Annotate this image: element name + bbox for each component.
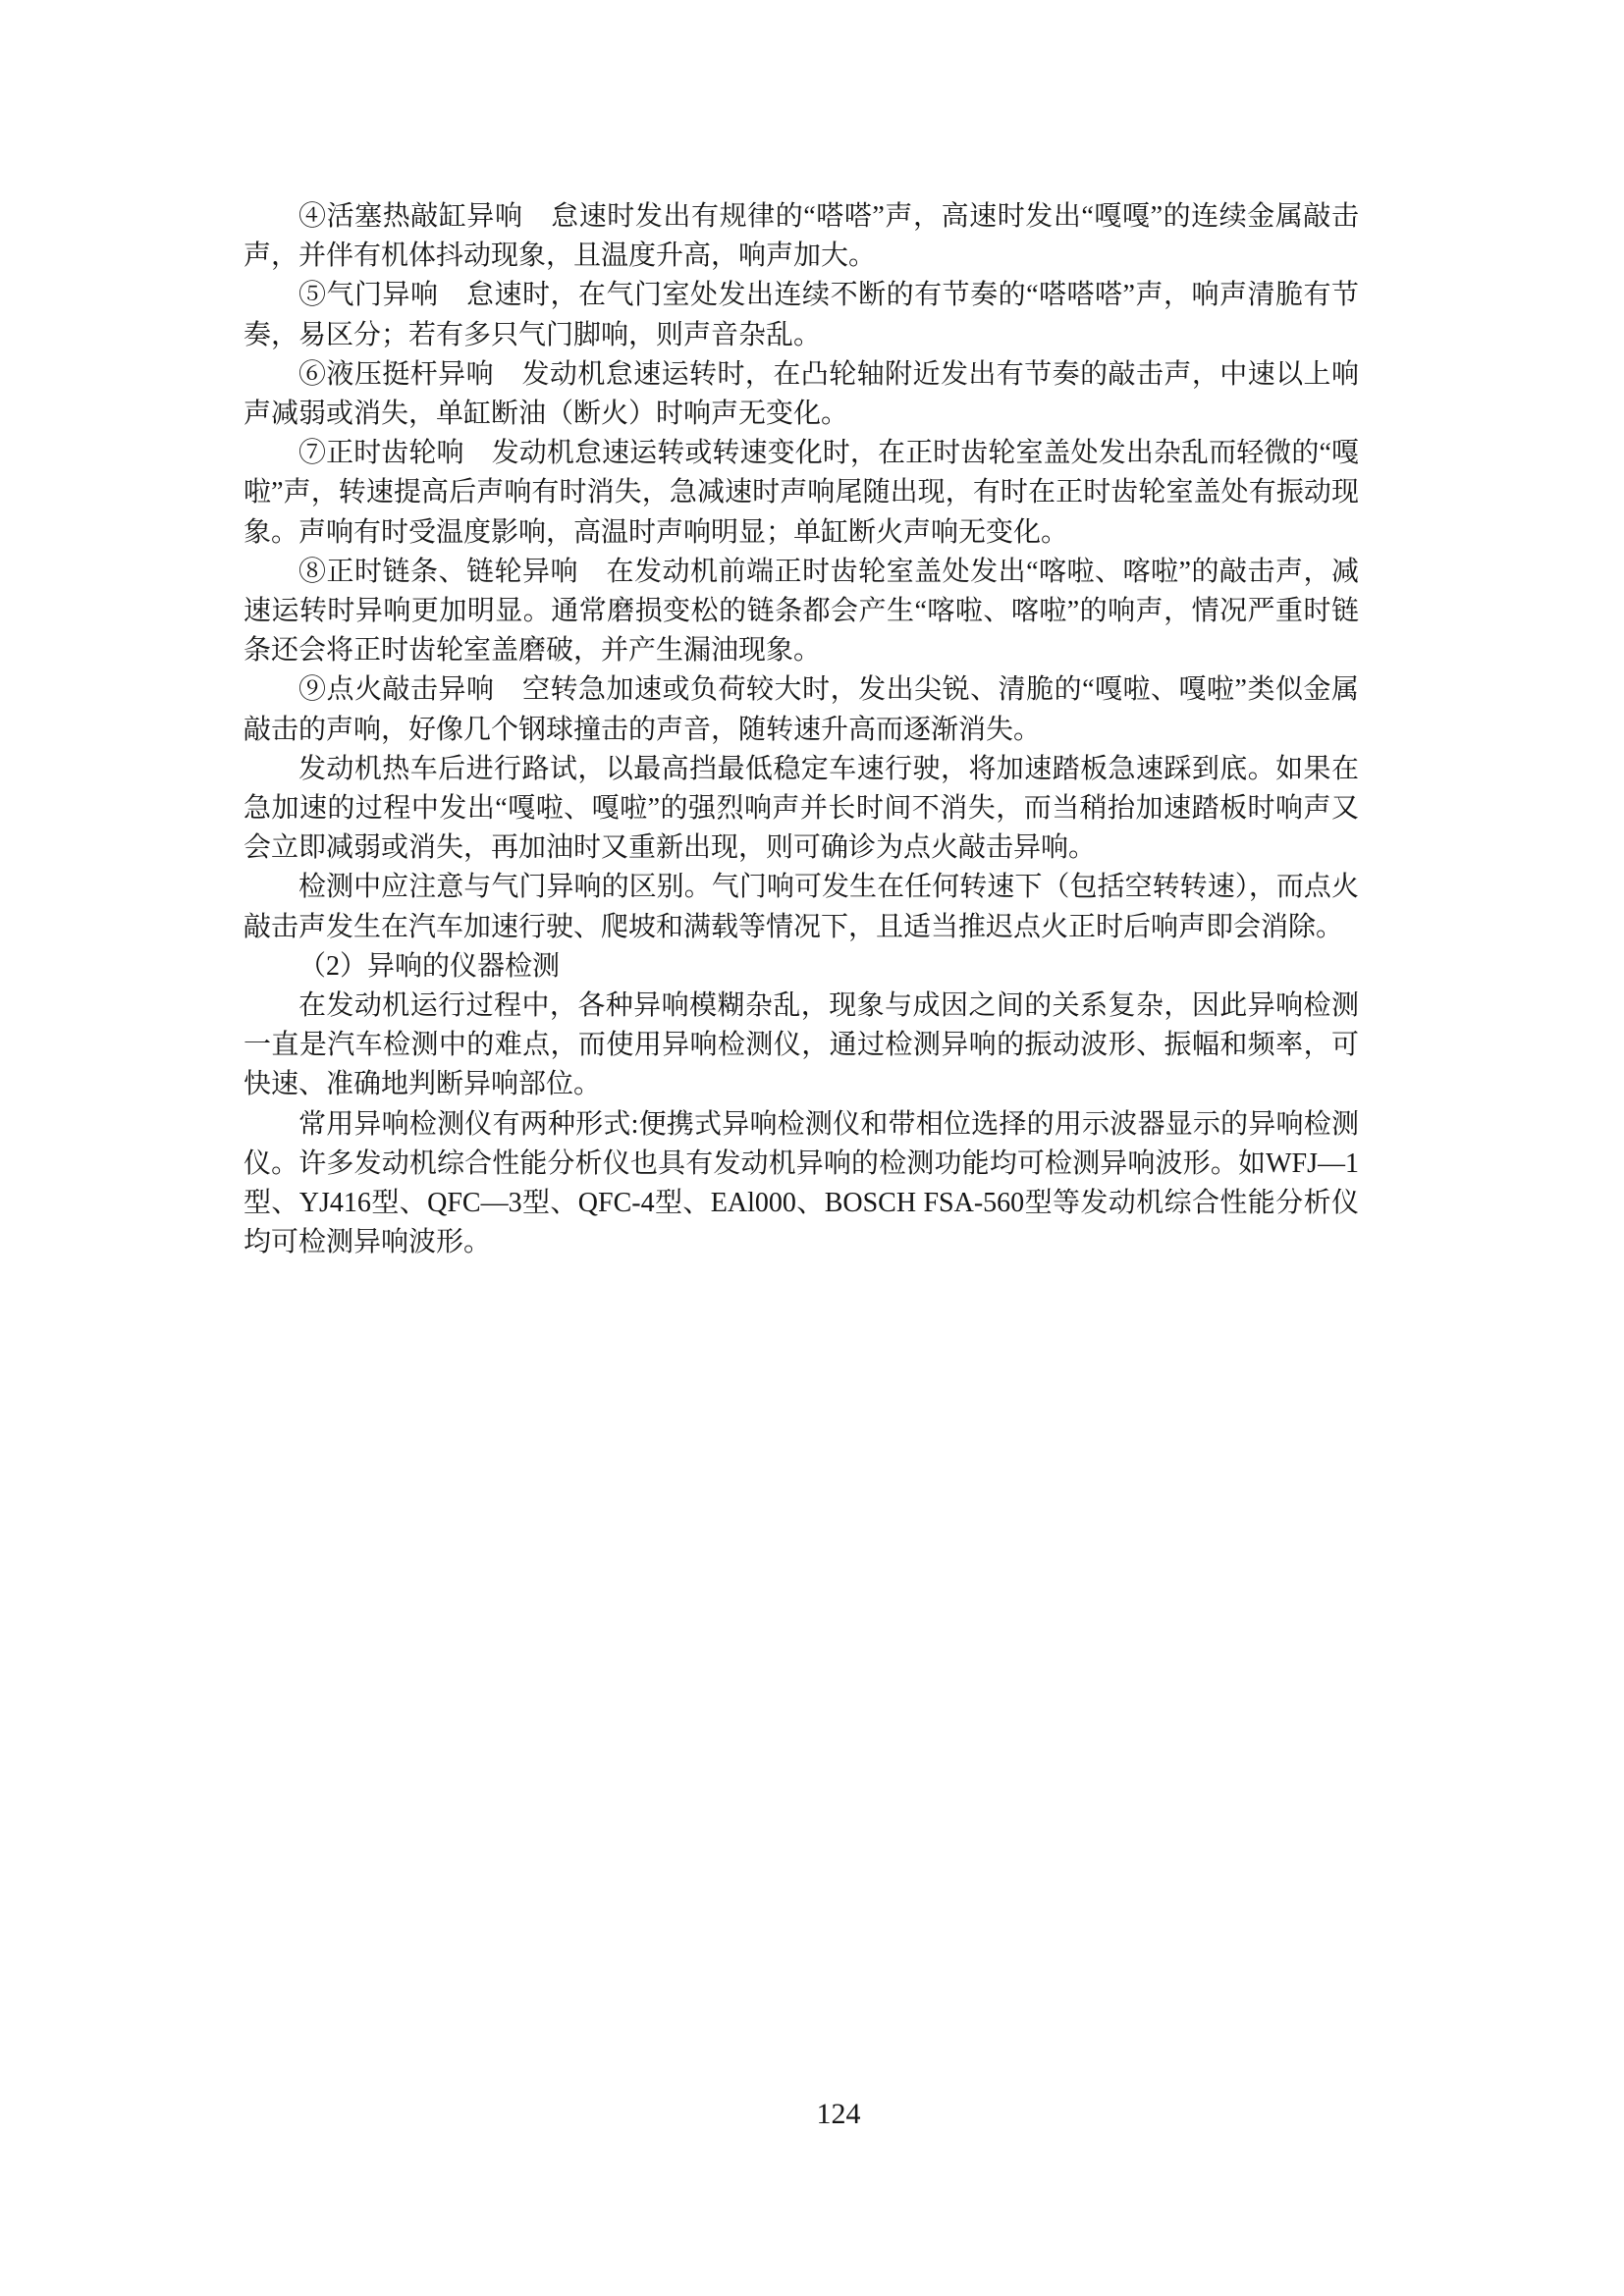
paragraph: ⑦正时齿轮响 发动机怠速运转或转速变化时，在正时齿轮室盖处发出杂乱而轻微的“嘎啦…: [244, 434, 1359, 553]
paragraph: ⑨点火敲击异响 空转急加速或负荷较大时，发出尖锐、清脆的“嘎啦、嘎啦”类似金属敲…: [244, 670, 1359, 749]
paragraph: 发动机热车后进行路试，以最高挡最低稳定车速行驶，将加速踏板急速踩到底。如果在急加…: [244, 750, 1359, 869]
paragraph: ⑥液压挺杆异响 发动机怠速运转时，在凸轮轴附近发出有节奏的敲击声，中速以上响声减…: [244, 355, 1359, 434]
paragraph: 常用异响检测仪有两种形式:便携式异响检测仪和带相位选择的用示波器显示的异响检测仪…: [244, 1105, 1359, 1263]
paragraph: 检测中应注意与气门异响的区别。气门响可发生在任何转速下（包括空转转速），而点火敲…: [244, 868, 1359, 946]
paragraph: 在发动机运行过程中，各种异响模糊杂乱，现象与成因之间的关系复杂，因此异响检测一直…: [244, 987, 1359, 1105]
document-page: ④活塞热敲缸异响 怠速时发出有规律的“嗒嗒”声，高速时发出“嘎嘎”的连续金属敲击…: [0, 0, 1624, 2296]
paragraph: ④活塞热敲缸异响 怠速时发出有规律的“嗒嗒”声，高速时发出“嘎嘎”的连续金属敲击…: [244, 197, 1359, 276]
paragraph: （2）异响的仪器检测: [244, 947, 1359, 987]
paragraph: ⑤气门异响 怠速时，在气门室处发出连续不断的有节奏的“嗒嗒嗒”声，响声清脆有节奏…: [244, 276, 1359, 354]
body-text: ④活塞热敲缸异响 怠速时发出有规律的“嗒嗒”声，高速时发出“嘎嘎”的连续金属敲击…: [244, 197, 1359, 1262]
paragraph: ⑧正时链条、链轮异响 在发动机前端正时齿轮室盖处发出“喀啦、喀啦”的敲击声，减速…: [244, 553, 1359, 671]
page-number: 124: [27, 2100, 1624, 2129]
